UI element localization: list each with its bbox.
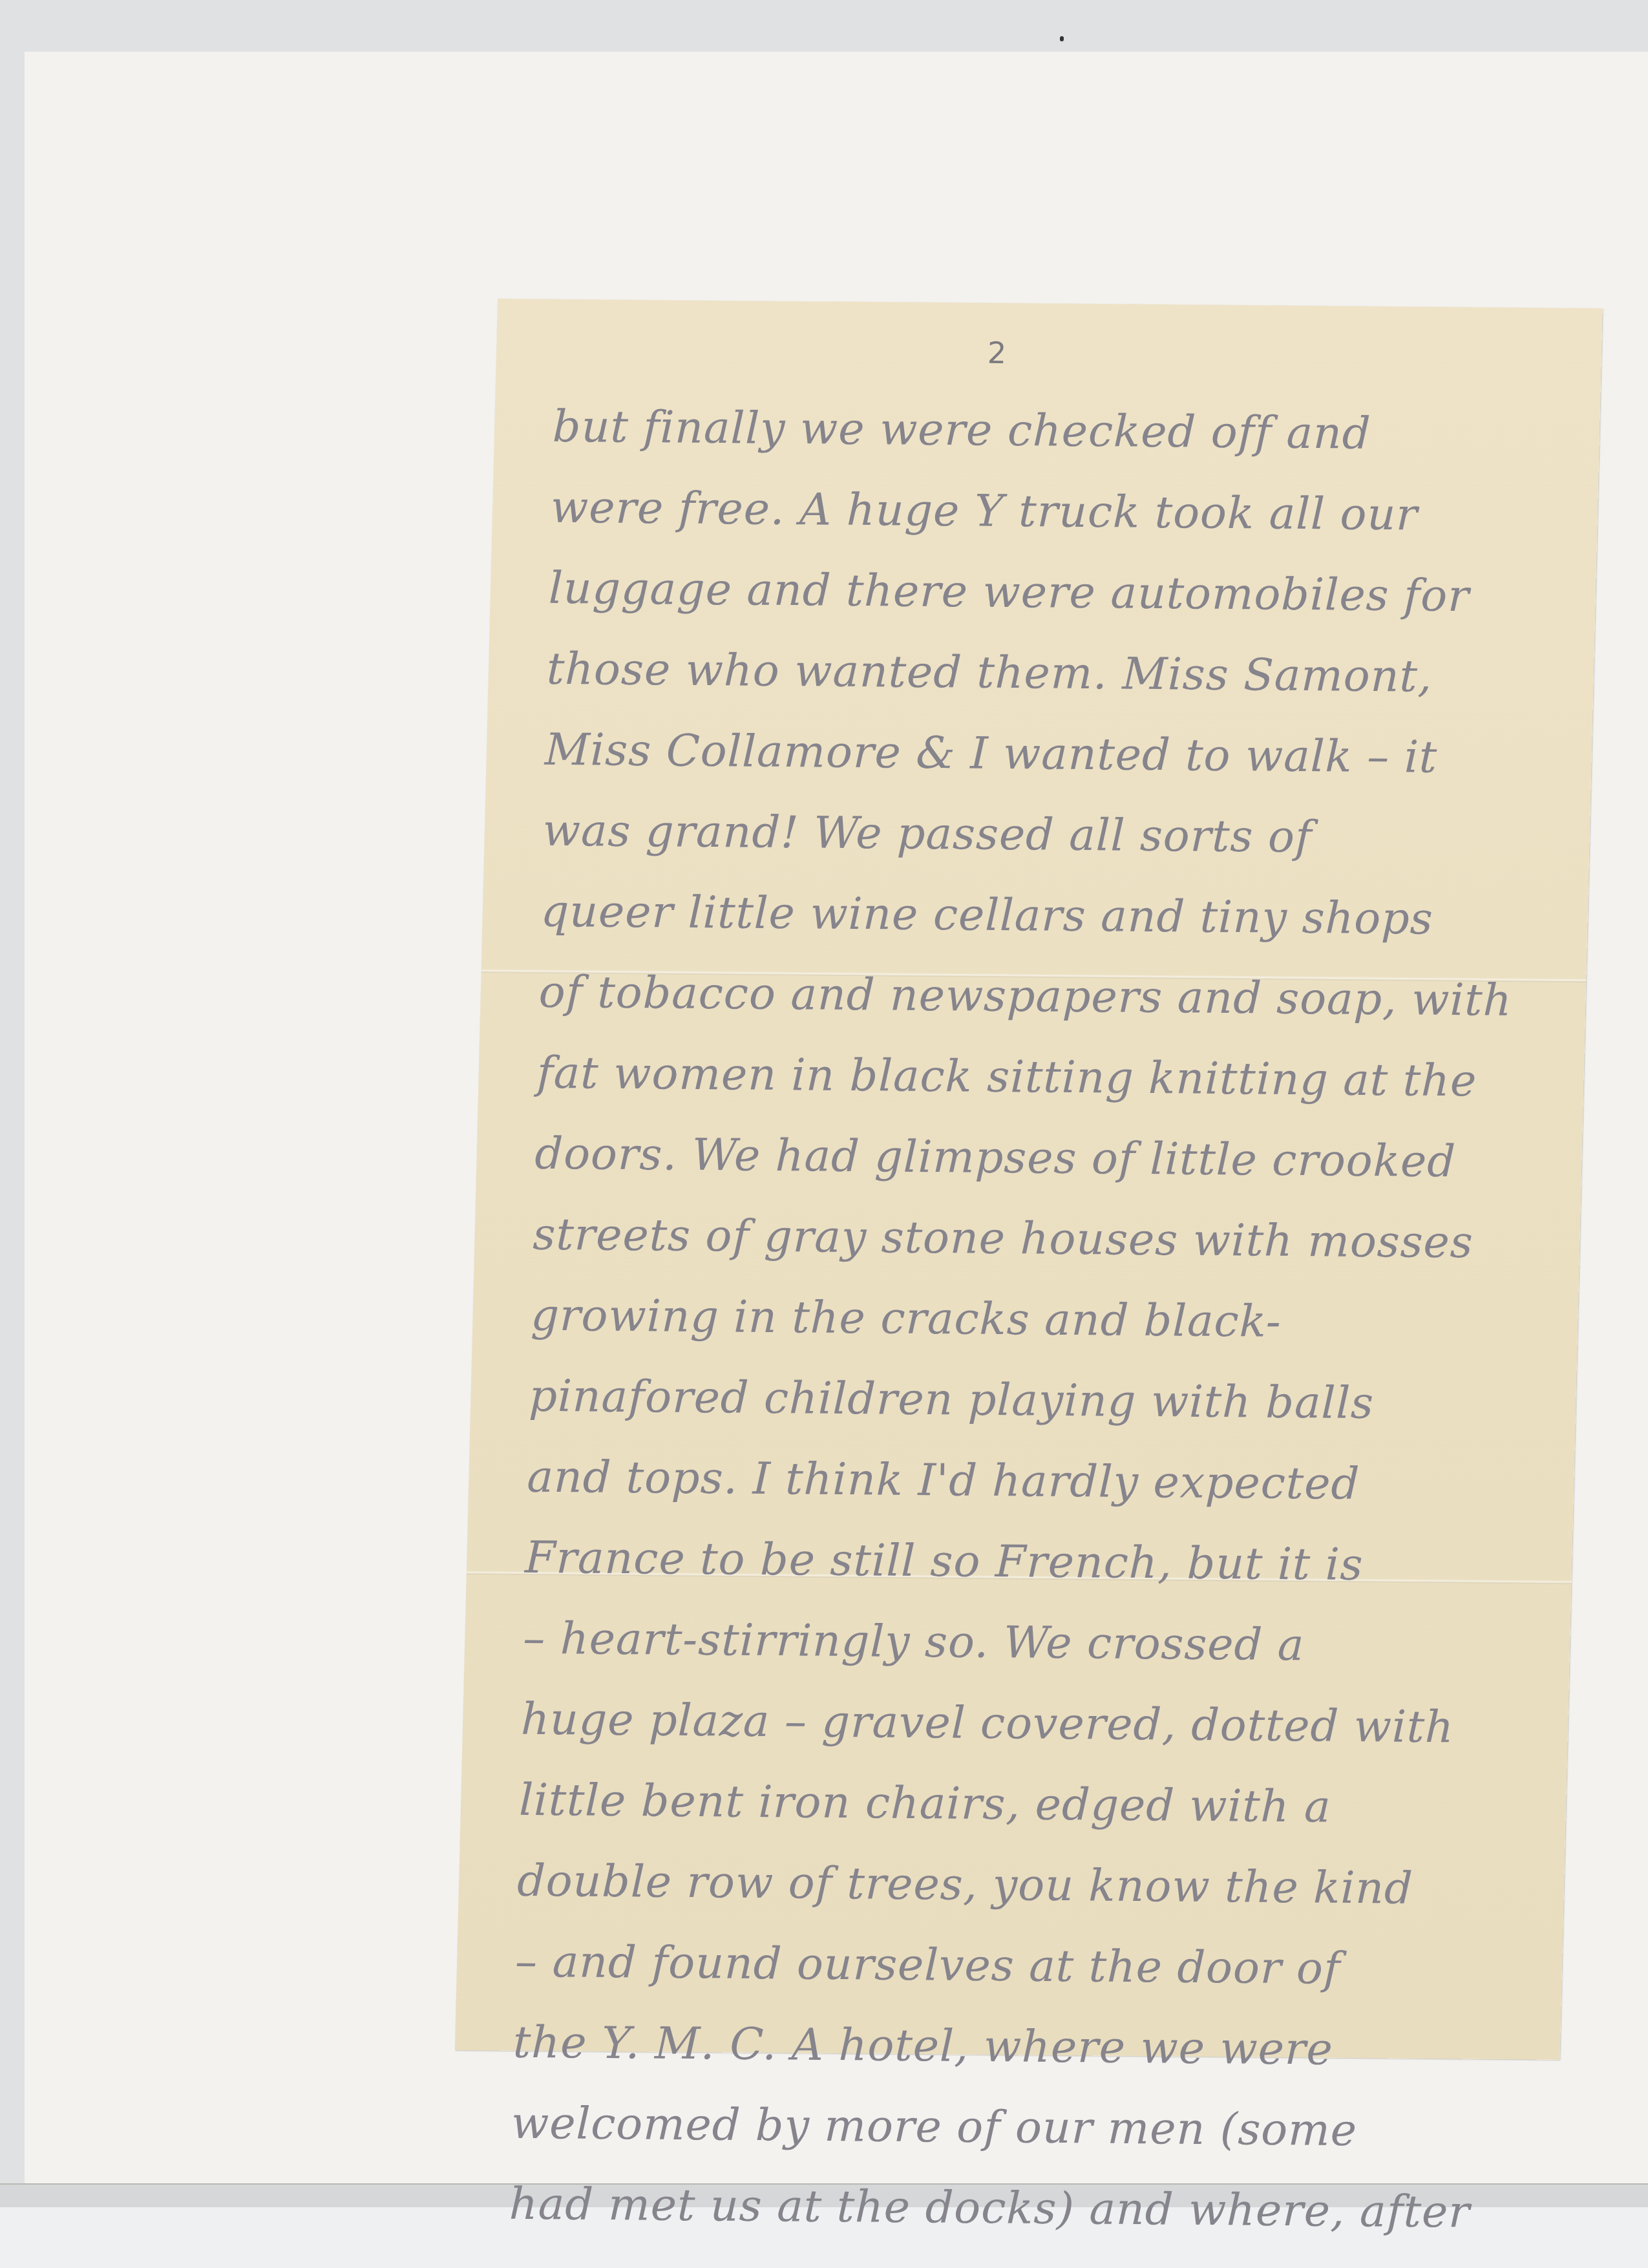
text-line: double row of trees, you know the kind	[516, 1841, 1527, 1931]
text-line: queer little wine cellars and tiny shops	[540, 871, 1550, 961]
text-line: growing in the cracks and black-	[530, 1275, 1540, 1365]
text-line: little bent iron chairs, edged with a	[518, 1760, 1528, 1850]
text-line: were free. A huge Y truck took all our	[550, 467, 1560, 557]
text-line: fat women in black sitting knitting at t…	[536, 1033, 1546, 1123]
text-line: had met us at the docks) and where, afte…	[508, 2164, 1518, 2254]
text-line: welcomed by more of our men (some	[510, 2083, 1520, 2173]
text-line: was grand! We passed all sorts of	[542, 790, 1552, 880]
text-line: – and found ourselves at the door of	[514, 1922, 1525, 2011]
text-line: doors. We had glimpses of little crooked	[534, 1114, 1544, 1203]
handwritten-body: but finally we were checked off and were…	[508, 387, 1561, 2254]
letter-page: 2 but finally we were checked off and we…	[455, 299, 1603, 2060]
text-line: but finally we were checked off and	[552, 387, 1562, 476]
text-line: Miss Collamore & I wanted to walk – it	[544, 710, 1554, 800]
text-line: streets of gray stone houses with mosses	[532, 1194, 1542, 1284]
text-line: those who wanted them. Miss Samont,	[545, 629, 1556, 719]
text-line: France to be still so French, but it is	[524, 1518, 1534, 1607]
text-line: of tobacco and newspapers and soap, with	[538, 952, 1548, 1042]
text-line: – heart-stirringly so. We crossed a	[522, 1598, 1532, 1688]
page-number: 2	[987, 335, 1007, 370]
dust-speck	[1060, 36, 1064, 41]
text-line: the Y. M. C. A hotel, where we were	[512, 2002, 1523, 2092]
text-line: pinafored children playing with balls	[528, 1356, 1538, 1446]
text-line: luggage and there were automobiles for	[548, 548, 1558, 638]
text-line: huge plaza – gravel covered, dotted with	[520, 1679, 1530, 1769]
text-line: and tops. I think I'd hardly expected	[526, 1437, 1536, 1527]
